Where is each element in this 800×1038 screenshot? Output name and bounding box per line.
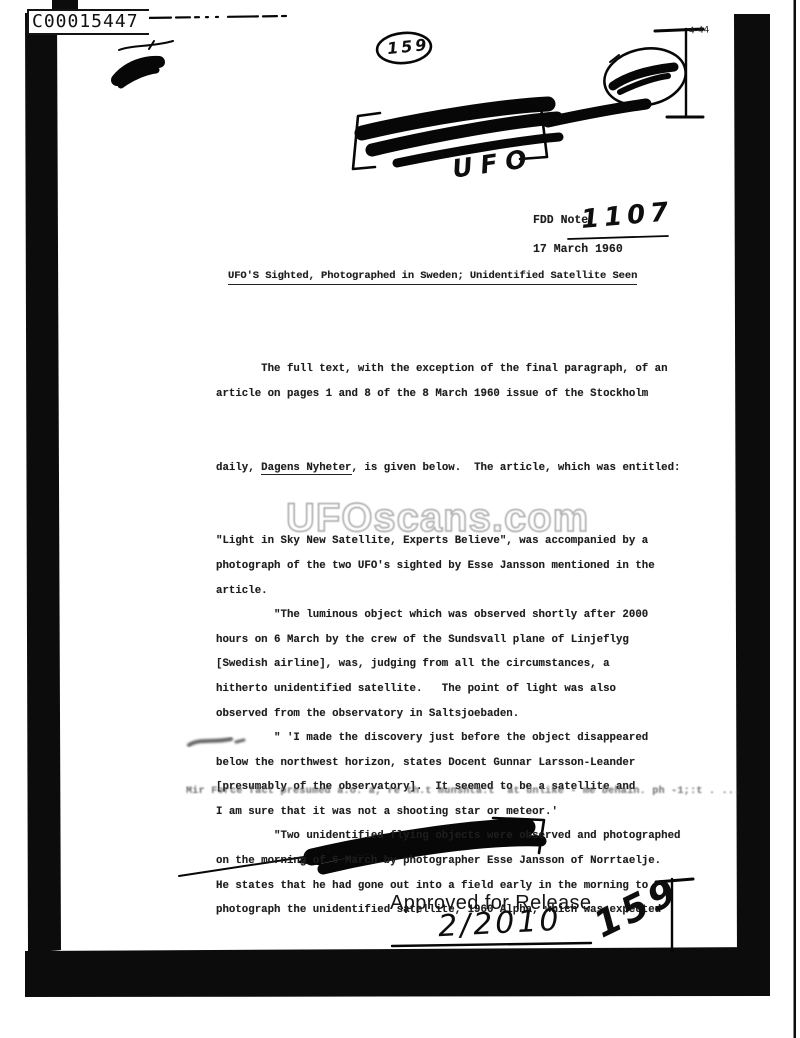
left-bracket-mark [353, 113, 380, 169]
watermark: UFOscans.com [286, 496, 589, 541]
doc-id-stamp: C00015447 [27, 9, 149, 35]
scanned-document-page: C00015447 4-44 159 UFO FDD Note 1107 17 … [0, 0, 800, 1038]
scan-border-left [25, 13, 61, 953]
release-date-handwritten: 2/2010 [437, 903, 562, 944]
note-number-underline [568, 236, 668, 239]
faded-illegible-line: Mir Force fact presumed a.o. a; re th.t … [186, 786, 741, 797]
top-left-scribble [117, 41, 173, 85]
document-date: 17 March 1960 [533, 243, 623, 256]
corner-mark: 4-44 [689, 25, 710, 36]
document-body: The full text, with the exception of the… [216, 308, 681, 972]
document-title: UFO'S Sighted, Photographed in Sweden; U… [228, 270, 637, 282]
body-line-with-underline: daily, Dagens Nyheter, is given below. T… [216, 456, 681, 481]
body-remaining-lines: "Light in Sky New Satellite, Experts Bel… [216, 529, 681, 923]
body-paragraph-1-lines: The full text, with the exception of the… [216, 357, 681, 406]
dotted-line-mark [141, 16, 288, 18]
underlined-newspaper-name: Dagens Nyheter [261, 462, 351, 475]
page-edge-line [794, 0, 797, 1038]
scan-border-right [734, 14, 770, 960]
